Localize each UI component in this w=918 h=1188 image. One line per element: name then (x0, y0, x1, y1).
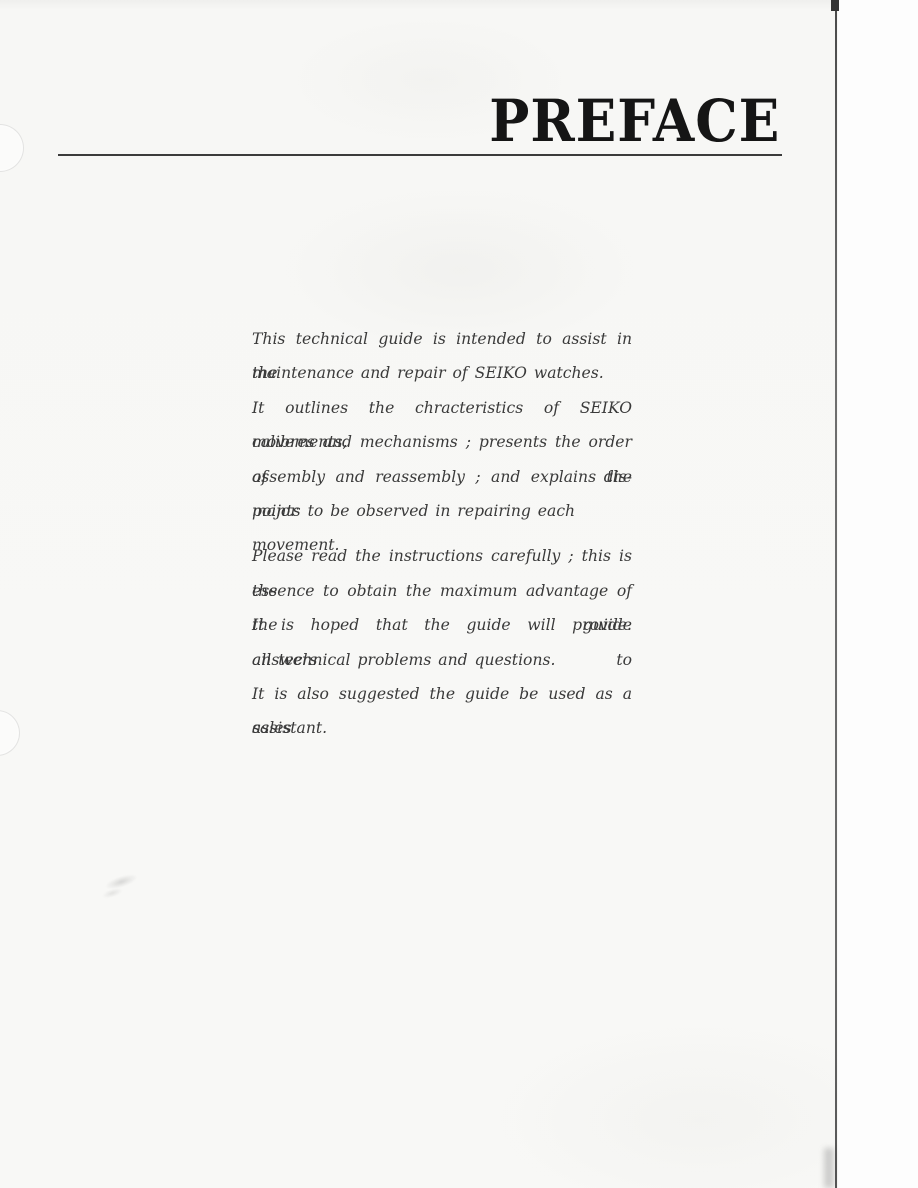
page-edge-line (835, 0, 837, 1188)
page-edge-bottom-smudge (824, 1148, 834, 1188)
preface-line: points to be observed in repairing each … (252, 494, 632, 528)
preface-text: This technical guide is intended to assi… (252, 322, 632, 746)
preface-line: It is also suggested the guide be used a… (252, 677, 632, 711)
scanned-document-page: PREFACE This technical guide is intended… (0, 0, 918, 1188)
scan-background (838, 0, 918, 1188)
page-title: PREFACE (489, 92, 780, 150)
preface-line: It is hoped that the guide will provide … (252, 608, 632, 642)
preface-line: It outlines the chracteristics of SEIKO … (252, 391, 632, 425)
page-edge-top-mark (831, 0, 839, 11)
preface-line: calibres and mechanisms ; presents the o… (252, 425, 632, 459)
preface-line: essence to obtain the maximum advantage … (252, 574, 632, 608)
preface-line: This technical guide is intended to assi… (252, 322, 632, 356)
preface-line: maintenance and repair of SEIKO watches. (252, 356, 632, 390)
title-underline-rule (58, 154, 782, 156)
preface-line: assistant. (252, 711, 632, 745)
preface-line: assembly and reassembly ; and explains t… (252, 460, 632, 494)
preface-line: Please read the instructions carefully ;… (252, 539, 632, 573)
